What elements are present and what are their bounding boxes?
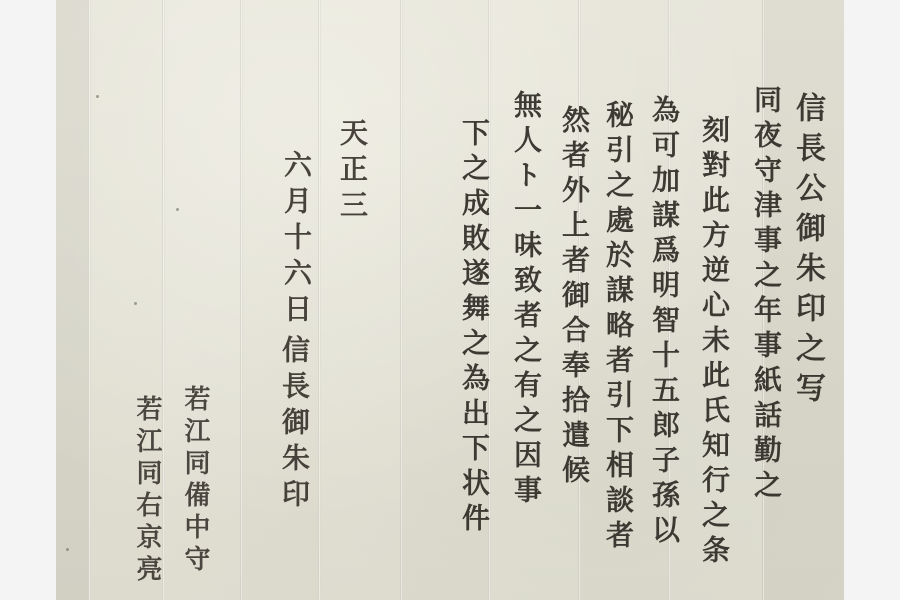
- document-title: 信長公御朱印之写: [792, 92, 822, 412]
- recipient-2: 若江同右京亮: [134, 395, 160, 587]
- fold-line: [318, 0, 321, 600]
- fold-line: [240, 0, 243, 600]
- date: 六月十六日: [282, 150, 310, 330]
- body-column-4: 秘引之處於謀略者引下相談者: [604, 100, 632, 555]
- body-column-7: 下之成敗遂舞之為出下状件: [460, 118, 488, 538]
- sender-seal: 信長御朱印: [280, 335, 308, 515]
- fold-line: [400, 0, 403, 600]
- paper-speck: [176, 208, 179, 211]
- paper-panel: [56, 0, 88, 600]
- body-column-5: 然者外上者御合奉拾遣候: [560, 105, 588, 490]
- paper-panel: [318, 0, 400, 600]
- fold-line: [162, 0, 165, 600]
- paper-speck: [66, 548, 69, 551]
- body-column-3: 為可加謀爲明智十五郎子孫以: [650, 95, 678, 550]
- era-name: 天正三: [338, 118, 366, 226]
- body-column-1: 同夜守津事之年事紙話勤之: [752, 85, 780, 505]
- paper-speck: [134, 302, 137, 305]
- recipient-1: 若江同備中守: [182, 385, 208, 577]
- paper-speck: [96, 95, 99, 98]
- body-column-6: 無人ト一味致者之有之因事: [512, 90, 540, 510]
- body-column-2: 刻對此方逆心未此氏知行之条: [700, 115, 728, 570]
- fold-line: [88, 0, 91, 600]
